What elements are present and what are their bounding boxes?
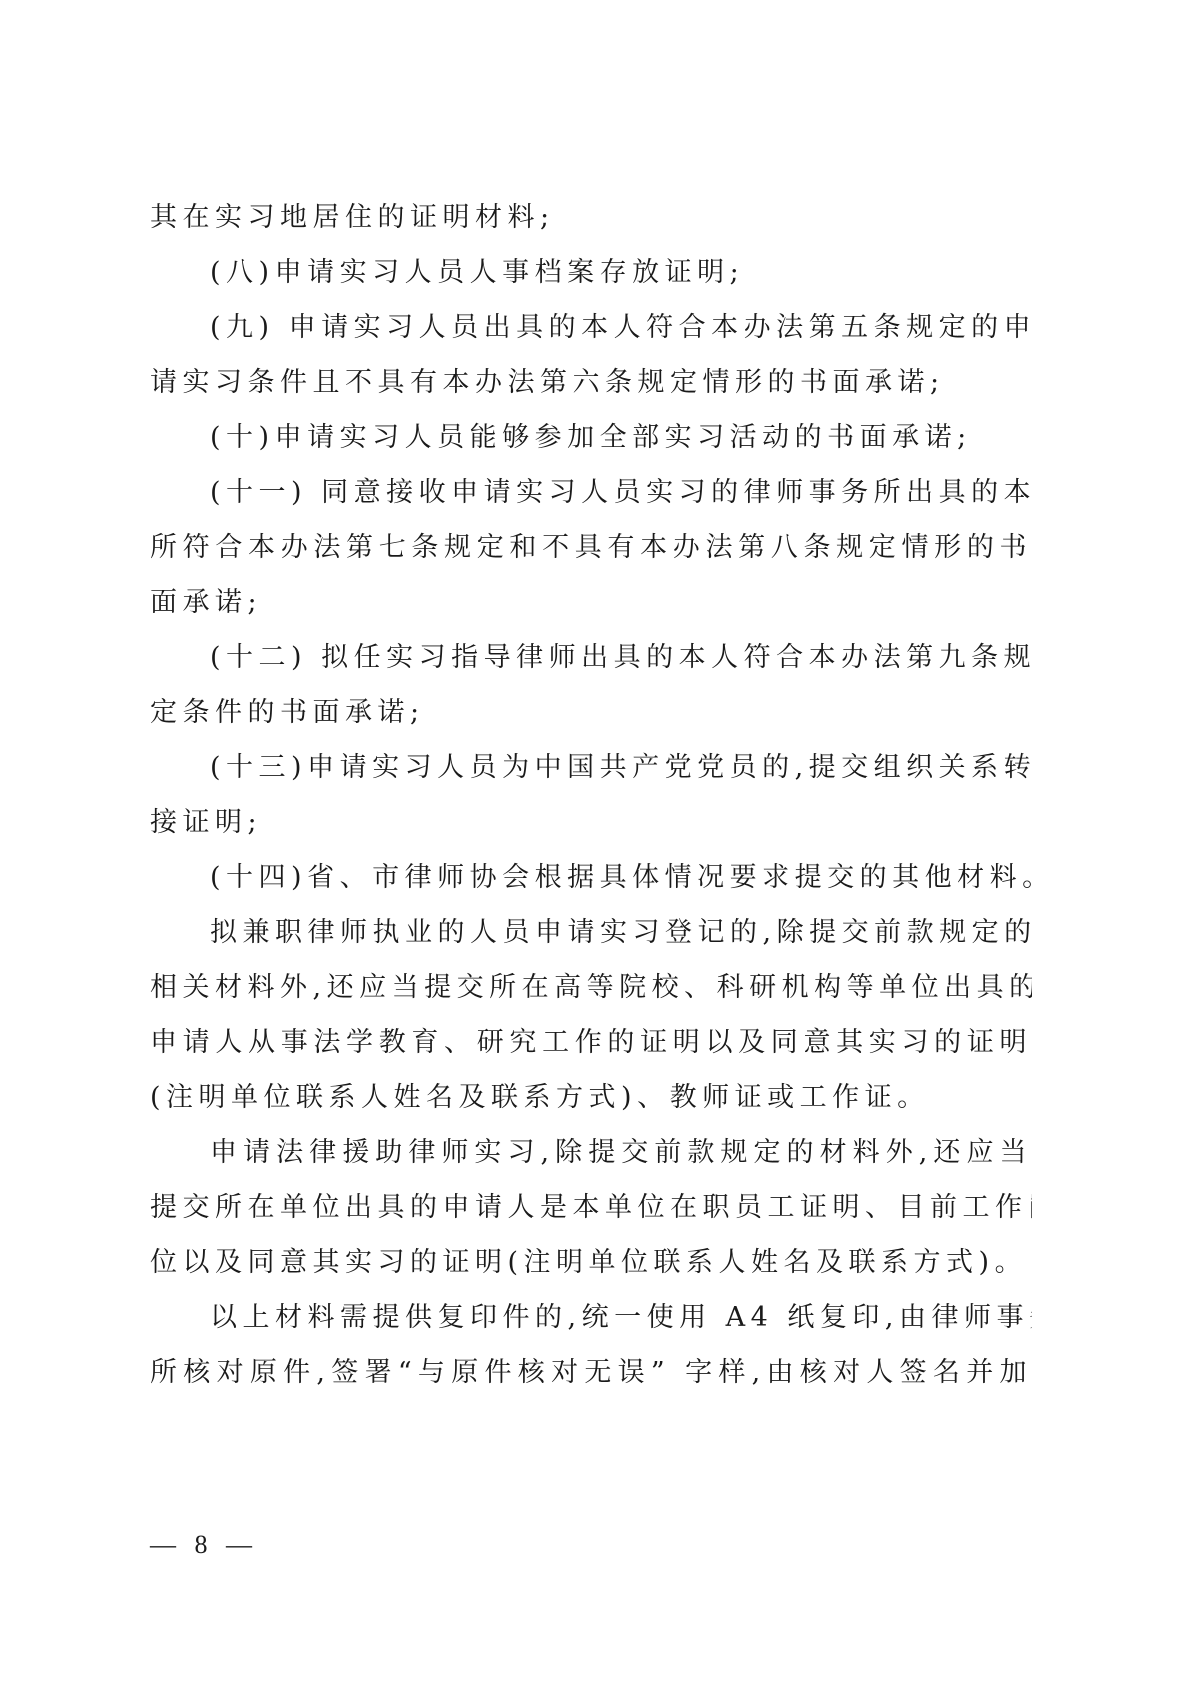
text-line: 请实习条件且不具有本办法第六条规定情形的书面承诺;	[150, 355, 1032, 410]
text-line: 申请人从事法学教育、研究工作的证明以及同意其实习的证明	[150, 1015, 1032, 1070]
page-number: — 8 —	[150, 1530, 258, 1560]
text-line: 所核对原件,签署“与原件核对无误” 字样,由核对人签名并加	[150, 1345, 1032, 1400]
list-item-12: (十二) 拟任实习指导律师出具的本人符合本办法第九条规	[150, 630, 1032, 685]
text-line: 定条件的书面承诺;	[150, 685, 1032, 740]
text-line: 所符合本办法第七条规定和不具有本办法第八条规定情形的书	[150, 520, 1032, 575]
paragraph-legal-aid: 申请法律援助律师实习,除提交前款规定的材料外,还应当	[150, 1125, 1032, 1180]
text-line: 接证明;	[150, 795, 1032, 850]
paragraph-copies: 以上材料需提供复印件的,统一使用 A4 纸复印,由律师事务	[150, 1290, 1032, 1345]
list-item-14: (十四)省、市律师协会根据具体情况要求提交的其他材料。	[150, 850, 1032, 905]
list-item-11: (十一) 同意接收申请实习人员实习的律师事务所出具的本	[150, 465, 1032, 520]
text-line: 其在实习地居住的证明材料;	[150, 190, 1032, 245]
list-item-10: (十)申请实习人员能够参加全部实习活动的书面承诺;	[150, 410, 1032, 465]
paragraph-part-time: 拟兼职律师执业的人员申请实习登记的,除提交前款规定的	[150, 905, 1032, 960]
list-item-9: (九) 申请实习人员出具的本人符合本办法第五条规定的申	[150, 300, 1032, 355]
list-item-8: (八)申请实习人员人事档案存放证明;	[150, 245, 1032, 300]
text-line: 相关材料外,还应当提交所在高等院校、科研机构等单位出具的	[150, 960, 1032, 1015]
document-body: 其在实习地居住的证明材料; (八)申请实习人员人事档案存放证明; (九) 申请实…	[150, 190, 1032, 1400]
list-item-13: (十三)申请实习人员为中国共产党党员的,提交组织关系转	[150, 740, 1032, 795]
text-line: 面承诺;	[150, 575, 1032, 630]
text-line: (注明单位联系人姓名及联系方式)、教师证或工作证。	[150, 1070, 1032, 1125]
text-line: 提交所在单位出具的申请人是本单位在职员工证明、目前工作岗	[150, 1180, 1032, 1235]
text-line: 位以及同意其实习的证明(注明单位联系人姓名及联系方式)。	[150, 1235, 1032, 1290]
